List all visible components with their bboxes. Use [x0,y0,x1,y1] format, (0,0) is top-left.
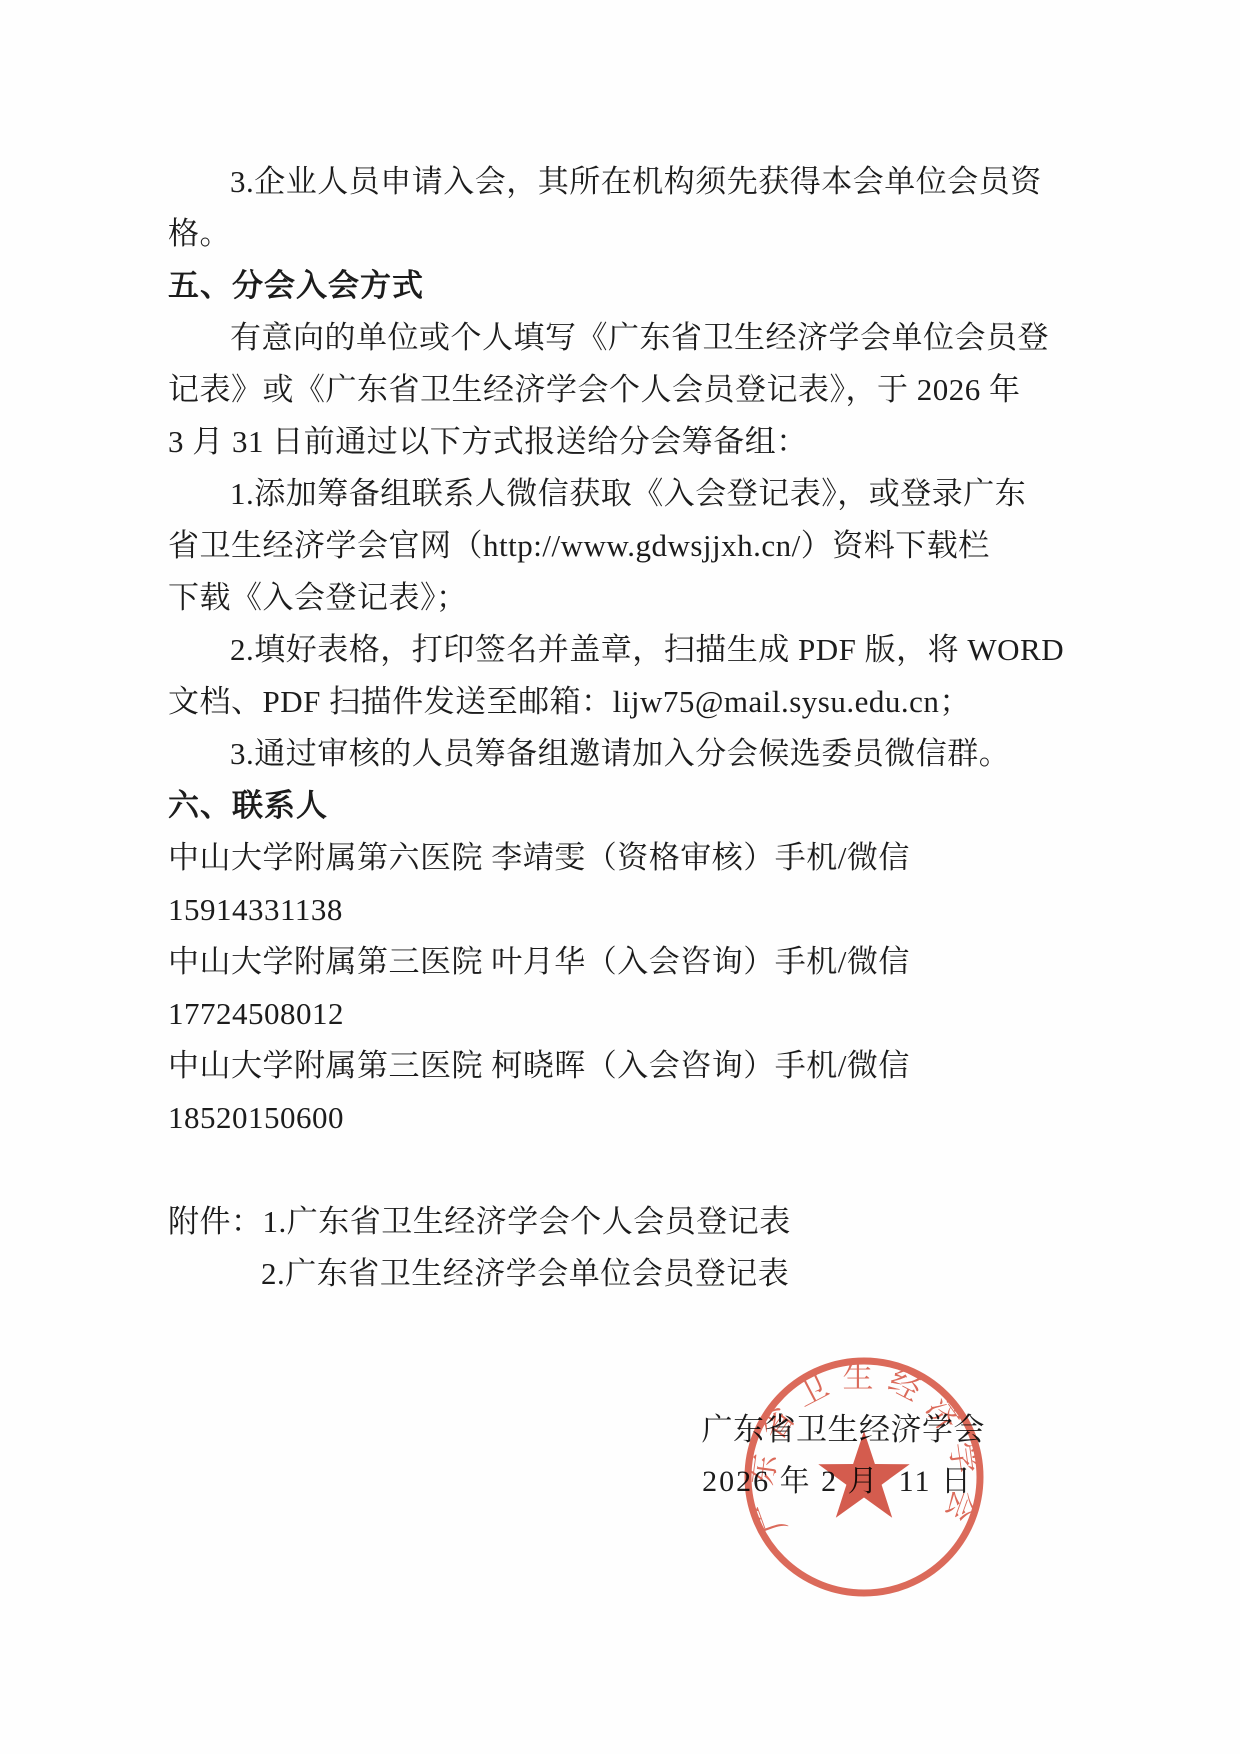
text-line: 记表》或《广东省卫生经济学会个人会员登记表》，于 2026 年 [168,364,1075,416]
text-line [168,1144,1075,1196]
text-line: 附件：1.广东省卫生经济学会个人会员登记表 [168,1196,1075,1248]
text-line: 省卫生经济学会官网（http://www.gdwsjjxh.cn/）资料下载栏 [168,520,1075,572]
text-line: 3 月 31 日前通过以下方式报送给分会筹备组： [168,416,1075,468]
text-line: 18520150600 [168,1092,1075,1144]
signature-date: 2026 年 2 月 11 日 [0,1456,1240,1508]
text-line: 有意向的单位或个人填写《广东省卫生经济学会单位会员登 [168,312,1075,364]
section-heading: 五、分会入会方式 [168,260,1075,312]
text-line: 中山大学附属第六医院 李靖雯（资格审核）手机/微信 [168,832,1075,884]
text-line: 下载《入会登记表》； [168,572,1075,624]
official-seal-stamp: 广东省卫生经济学会 [732,1345,996,1609]
text-line: 格。 [168,208,1075,260]
text-line: 3.通过审核的人员筹备组邀请加入分会候选委员微信群。 [168,728,1075,780]
text-line: 1.添加筹备组联系人微信获取《入会登记表》，或登录广东 [168,468,1075,520]
text-line: 2.填好表格，打印签名并盖章，扫描生成 PDF 版，将 WORD [168,624,1075,676]
text-line: 2.广东省卫生经济学会单位会员登记表 [168,1248,1075,1300]
text-line: 中山大学附属第三医院 叶月华（入会咨询）手机/微信 [168,936,1075,988]
text-line: 15914331138 [168,884,1075,936]
text-line: 文档、PDF 扫描件发送至邮箱：lijw75@mail.sysu.edu.cn； [168,676,1075,728]
seal-star-icon [818,1431,909,1518]
signature-block: 广东省卫生经济学会 2026 年 2 月 11 日 [0,1404,1240,1508]
signature-org: 广东省卫生经济学会 [0,1404,1240,1456]
text-line: 17724508012 [168,988,1075,1040]
document-body: 3.企业人员申请入会，其所在机构须先获得本会单位会员资格。五、分会入会方式有意向… [0,156,1240,1404]
section-heading: 六、联系人 [168,780,1075,832]
document-page: 3.企业人员申请入会，其所在机构须先获得本会单位会员资格。五、分会入会方式有意向… [0,0,1240,1754]
text-line: 中山大学附属第三医院 柯晓晖（入会咨询）手机/微信 [168,1040,1075,1092]
text-line: 3.企业人员申请入会，其所在机构须先获得本会单位会员资 [168,156,1075,208]
